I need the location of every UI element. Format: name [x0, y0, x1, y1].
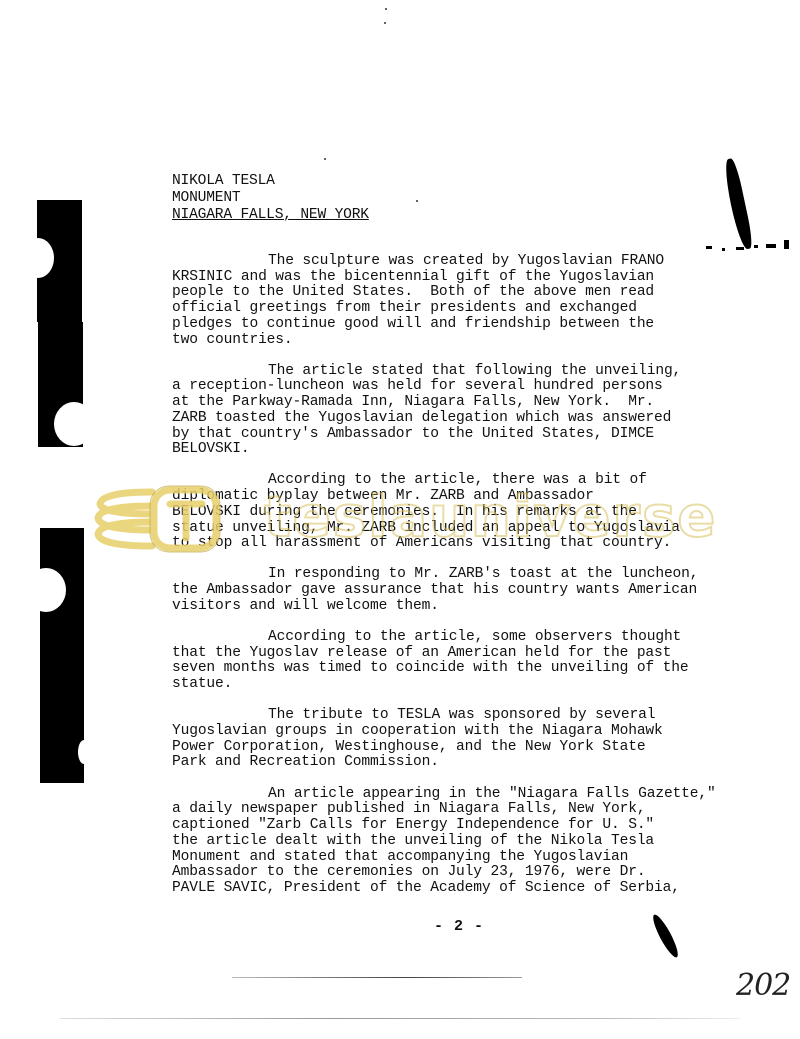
paragraph: The tribute to TESLA was sponsored by se… — [172, 708, 762, 771]
text-line: seven months was timed to coincide with … — [172, 661, 762, 677]
heading-location: NIAGARA FALLS, NEW YORK — [172, 207, 369, 224]
text-line: In responding to Mr. ZARB's toast at the… — [172, 567, 762, 583]
document-body: The sculpture was created by Yugoslavian… — [172, 254, 762, 912]
text-line: Park and Recreation Commission. — [172, 755, 762, 771]
scan-dot — [416, 200, 418, 202]
scan-dot — [384, 22, 386, 24]
text-line: ZARB toasted the Yugoslavian delegation … — [172, 411, 762, 427]
text-line: BELOVSKI. — [172, 442, 762, 458]
paragraph: The article stated that following the un… — [172, 364, 762, 458]
text-line: Yugoslavian groups in cooperation with t… — [172, 724, 762, 740]
text-line: statue. — [172, 677, 762, 693]
text-line: two countries. — [172, 333, 762, 349]
heading-line-2: MONUMENT — [172, 190, 369, 207]
text-line: The article stated that following the un… — [172, 364, 762, 380]
text-line: visitors and will welcome them. — [172, 599, 762, 615]
text-line: the article dealt with the unveiling of … — [172, 834, 762, 850]
text-line: The sculpture was created by Yugoslavian… — [172, 254, 762, 270]
handwritten-page-number: 202 — [736, 968, 790, 1003]
scan-dot — [324, 158, 326, 160]
text-line: the Ambassador gave assurance that his c… — [172, 583, 762, 599]
text-line: to stop all harassment of Americans visi… — [172, 536, 762, 552]
scan-line — [232, 977, 522, 978]
text-line: captioned "Zarb Calls for Energy Indepen… — [172, 818, 762, 834]
scan-specks — [706, 240, 796, 254]
scan-dot — [385, 8, 387, 10]
paragraph: The sculpture was created by Yugoslavian… — [172, 254, 762, 348]
text-line: An article appearing in the "Niagara Fal… — [172, 787, 762, 803]
scan-mark-bottom-right — [649, 912, 681, 960]
text-line: KRSINIC and was the bicentennial gift of… — [172, 270, 762, 286]
scan-mark-top-right — [722, 158, 755, 251]
paragraph: According to the article, there was a bi… — [172, 473, 762, 552]
paragraph: In responding to Mr. ZARB's toast at the… — [172, 567, 762, 614]
text-line: that the Yugoslav release of an American… — [172, 646, 762, 662]
page-number: - 2 - — [434, 918, 484, 935]
text-line: by that country's Ambassador to the Unit… — [172, 427, 762, 443]
text-line: pledges to continue good will and friend… — [172, 317, 762, 333]
text-line: diplomatic byplay between Mr. ZARB and A… — [172, 489, 762, 505]
text-line: at the Parkway-Ramada Inn, Niagara Falls… — [172, 395, 762, 411]
text-line: Power Corporation, Westinghouse, and the… — [172, 740, 762, 756]
text-line: The tribute to TESLA was sponsored by se… — [172, 708, 762, 724]
text-line: official greetings from their presidents… — [172, 301, 762, 317]
text-line: According to the article, some observers… — [172, 630, 762, 646]
text-line: BELOVSKI during the ceremonies. In his r… — [172, 505, 762, 521]
document-page: NIKOLA TESLA MONUMENT NIAGARA FALLS, NEW… — [0, 0, 800, 1039]
text-line: Monument and stated that accompanying th… — [172, 850, 762, 866]
text-line: According to the article, there was a bi… — [172, 473, 762, 489]
text-line: people to the United States. Both of the… — [172, 285, 762, 301]
text-line: a reception-luncheon was held for severa… — [172, 379, 762, 395]
text-line: Ambassador to the ceremonies on July 23,… — [172, 865, 762, 881]
scan-line-bottom — [60, 1018, 740, 1019]
text-line: a daily newspaper published in Niagara F… — [172, 802, 762, 818]
heading-line-1: NIKOLA TESLA — [172, 173, 369, 190]
paragraph: An article appearing in the "Niagara Fal… — [172, 787, 762, 897]
document-heading: NIKOLA TESLA MONUMENT NIAGARA FALLS, NEW… — [172, 173, 369, 224]
paragraph: According to the article, some observers… — [172, 630, 762, 693]
text-line: PAVLE SAVIC, President of the Academy of… — [172, 881, 762, 897]
text-line: statue unveiling, Mr. ZARB included an a… — [172, 521, 762, 537]
